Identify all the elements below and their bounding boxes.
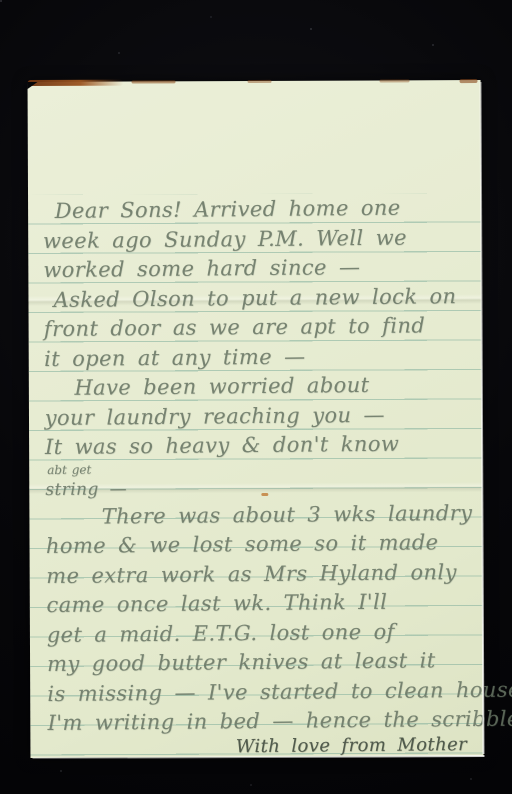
handwriting-line: Have been worried about	[44, 370, 473, 404]
handwriting-line: worked some hard since —	[43, 252, 472, 286]
handwriting-line: front door as we are apt to find	[44, 311, 473, 345]
handwriting-line: week ago Sunday P.M. Well we	[43, 222, 472, 256]
handwriting-line: your laundry reaching you —	[45, 399, 474, 433]
handwriting-line: home & we lost some so it made	[46, 528, 475, 562]
handwriting-line: I'm writing in bed — hence the scribble …	[47, 705, 476, 739]
handwriting-line: my good butter knives at least it	[47, 646, 476, 680]
torn-corner	[28, 82, 38, 89]
tape-residue-stain	[132, 80, 176, 83]
handwriting-line: Asked Olson to put a new lock on	[43, 281, 472, 315]
dust-specks	[0, 0, 2, 2]
tape-residue-stain	[380, 79, 410, 82]
handwriting-line: came once last wk. Think I'll	[46, 587, 475, 621]
letter-text: Dear Sons! Arrived home one week ago Sun…	[43, 193, 477, 761]
tape-residue-stain	[460, 79, 478, 83]
handwriting-line: It was so heavy & don't know	[45, 429, 474, 463]
handwriting-line: is missing — I've started to clean house	[47, 675, 476, 709]
tape-residue-stain	[28, 80, 124, 86]
handwriting-line: it open at any time —	[44, 340, 473, 374]
handwriting-line: get a maid. E.T.G. lost one of	[47, 616, 476, 650]
handwriting-line: Dear Sons! Arrived home one	[43, 193, 472, 227]
letter-paper: Dear Sons! Arrived home one week ago Sun…	[28, 80, 484, 758]
tape-residue-stain	[248, 80, 272, 83]
photo-background: Dear Sons! Arrived home one week ago Sun…	[0, 0, 512, 794]
handwriting-line: There was about 3 wks laundry	[45, 498, 474, 532]
handwriting-line: me extra work as Mrs Hyland only	[46, 557, 475, 591]
